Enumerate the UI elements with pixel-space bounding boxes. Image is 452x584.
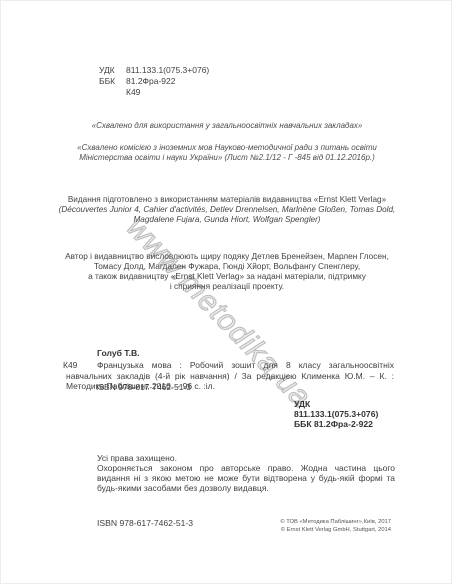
source-note-line2: (Découvertes Junior 4, Cahier d'activité… — [1, 205, 452, 215]
udk-line: УДК811.133.1(075.3+076) — [99, 65, 209, 76]
bbk-label: ББК — [99, 76, 126, 87]
acknowledgment-block: Автор і видавництво висловлюють щиру под… — [1, 251, 452, 291]
source-note-line3: Magdalene Fujara, Gunda Hiort, Wolfgan S… — [1, 215, 452, 225]
bbk-value: 81.2Фра-922 — [126, 76, 175, 86]
classification-bold-bbk: ББК 81.2Фра-2-922 — [294, 419, 378, 429]
acknowledgment-line2: Томасу Долд, Магдален Фужара, Гюнді Хйор… — [1, 261, 452, 271]
acknowledgment-line4: і сприяння реалізації проекту. — [1, 281, 452, 291]
approval-statement-2: «Схвалено комісією з іноземних мов Науко… — [1, 143, 452, 163]
approval-statement-2-line1: «Схвалено комісією з іноземних мов Науко… — [1, 143, 452, 153]
acknowledgment-line1: Автор і видавництво висловлюють щиру под… — [1, 251, 452, 261]
source-materials-note: Видання підготовлено з використанням мат… — [1, 195, 452, 225]
approval-statement-2-line2: Міністерства освіти і науки України» (Ли… — [1, 153, 452, 163]
source-note-line1: Видання підготовлено з використанням мат… — [1, 195, 452, 205]
bbk-line: ББК81.2Фра-922 — [99, 76, 209, 87]
udk-value: 811.133.1(075.3+076) — [126, 65, 209, 75]
approval-statement-1: «Схвалено для використання у загальноосв… — [1, 121, 452, 130]
k-code-line: К49 — [99, 87, 209, 98]
rights-paragraph: Охороняється законом про авторське право… — [97, 463, 395, 493]
udk-classification-block: УДК811.133.1(075.3+076) ББК81.2Фра-922 К… — [99, 65, 209, 98]
classification-bold-udk: УДК — [294, 399, 378, 409]
rights-line1: Усі права захищено. — [97, 453, 395, 463]
footer-isbn: ISBN 978-617-7462-51-3 — [97, 518, 193, 528]
k-code: К49 — [126, 87, 140, 97]
udk-label: УДК — [99, 65, 126, 76]
copyright-klett: © Ernst Klett Verlag GmbH, Stuttgart, 20… — [280, 526, 391, 534]
footer-copyright-block: © ТОВ «Методика Паблішинг»,Київ, 2017 © … — [280, 518, 391, 534]
imprint-page: УДК811.133.1(075.3+076) ББК81.2Фра-922 К… — [0, 0, 452, 584]
acknowledgment-line3: а також видавництву «Ernst Klett Verlag»… — [1, 271, 452, 281]
rights-block: Усі права захищено. Охороняється законом… — [97, 453, 395, 493]
catalog-author: Голуб Т.В. — [97, 348, 140, 358]
copyright-publisher: © ТОВ «Методика Паблішинг»,Київ, 2017 — [280, 518, 391, 526]
classification-bold-udk-value: 811.133.1(075.3+076) — [294, 409, 378, 419]
classification-bold-block: УДК 811.133.1(075.3+076) ББК 81.2Фра-2-9… — [294, 399, 378, 429]
catalog-isbn: ISBN 978-617-7462-51-3 — [96, 382, 191, 392]
